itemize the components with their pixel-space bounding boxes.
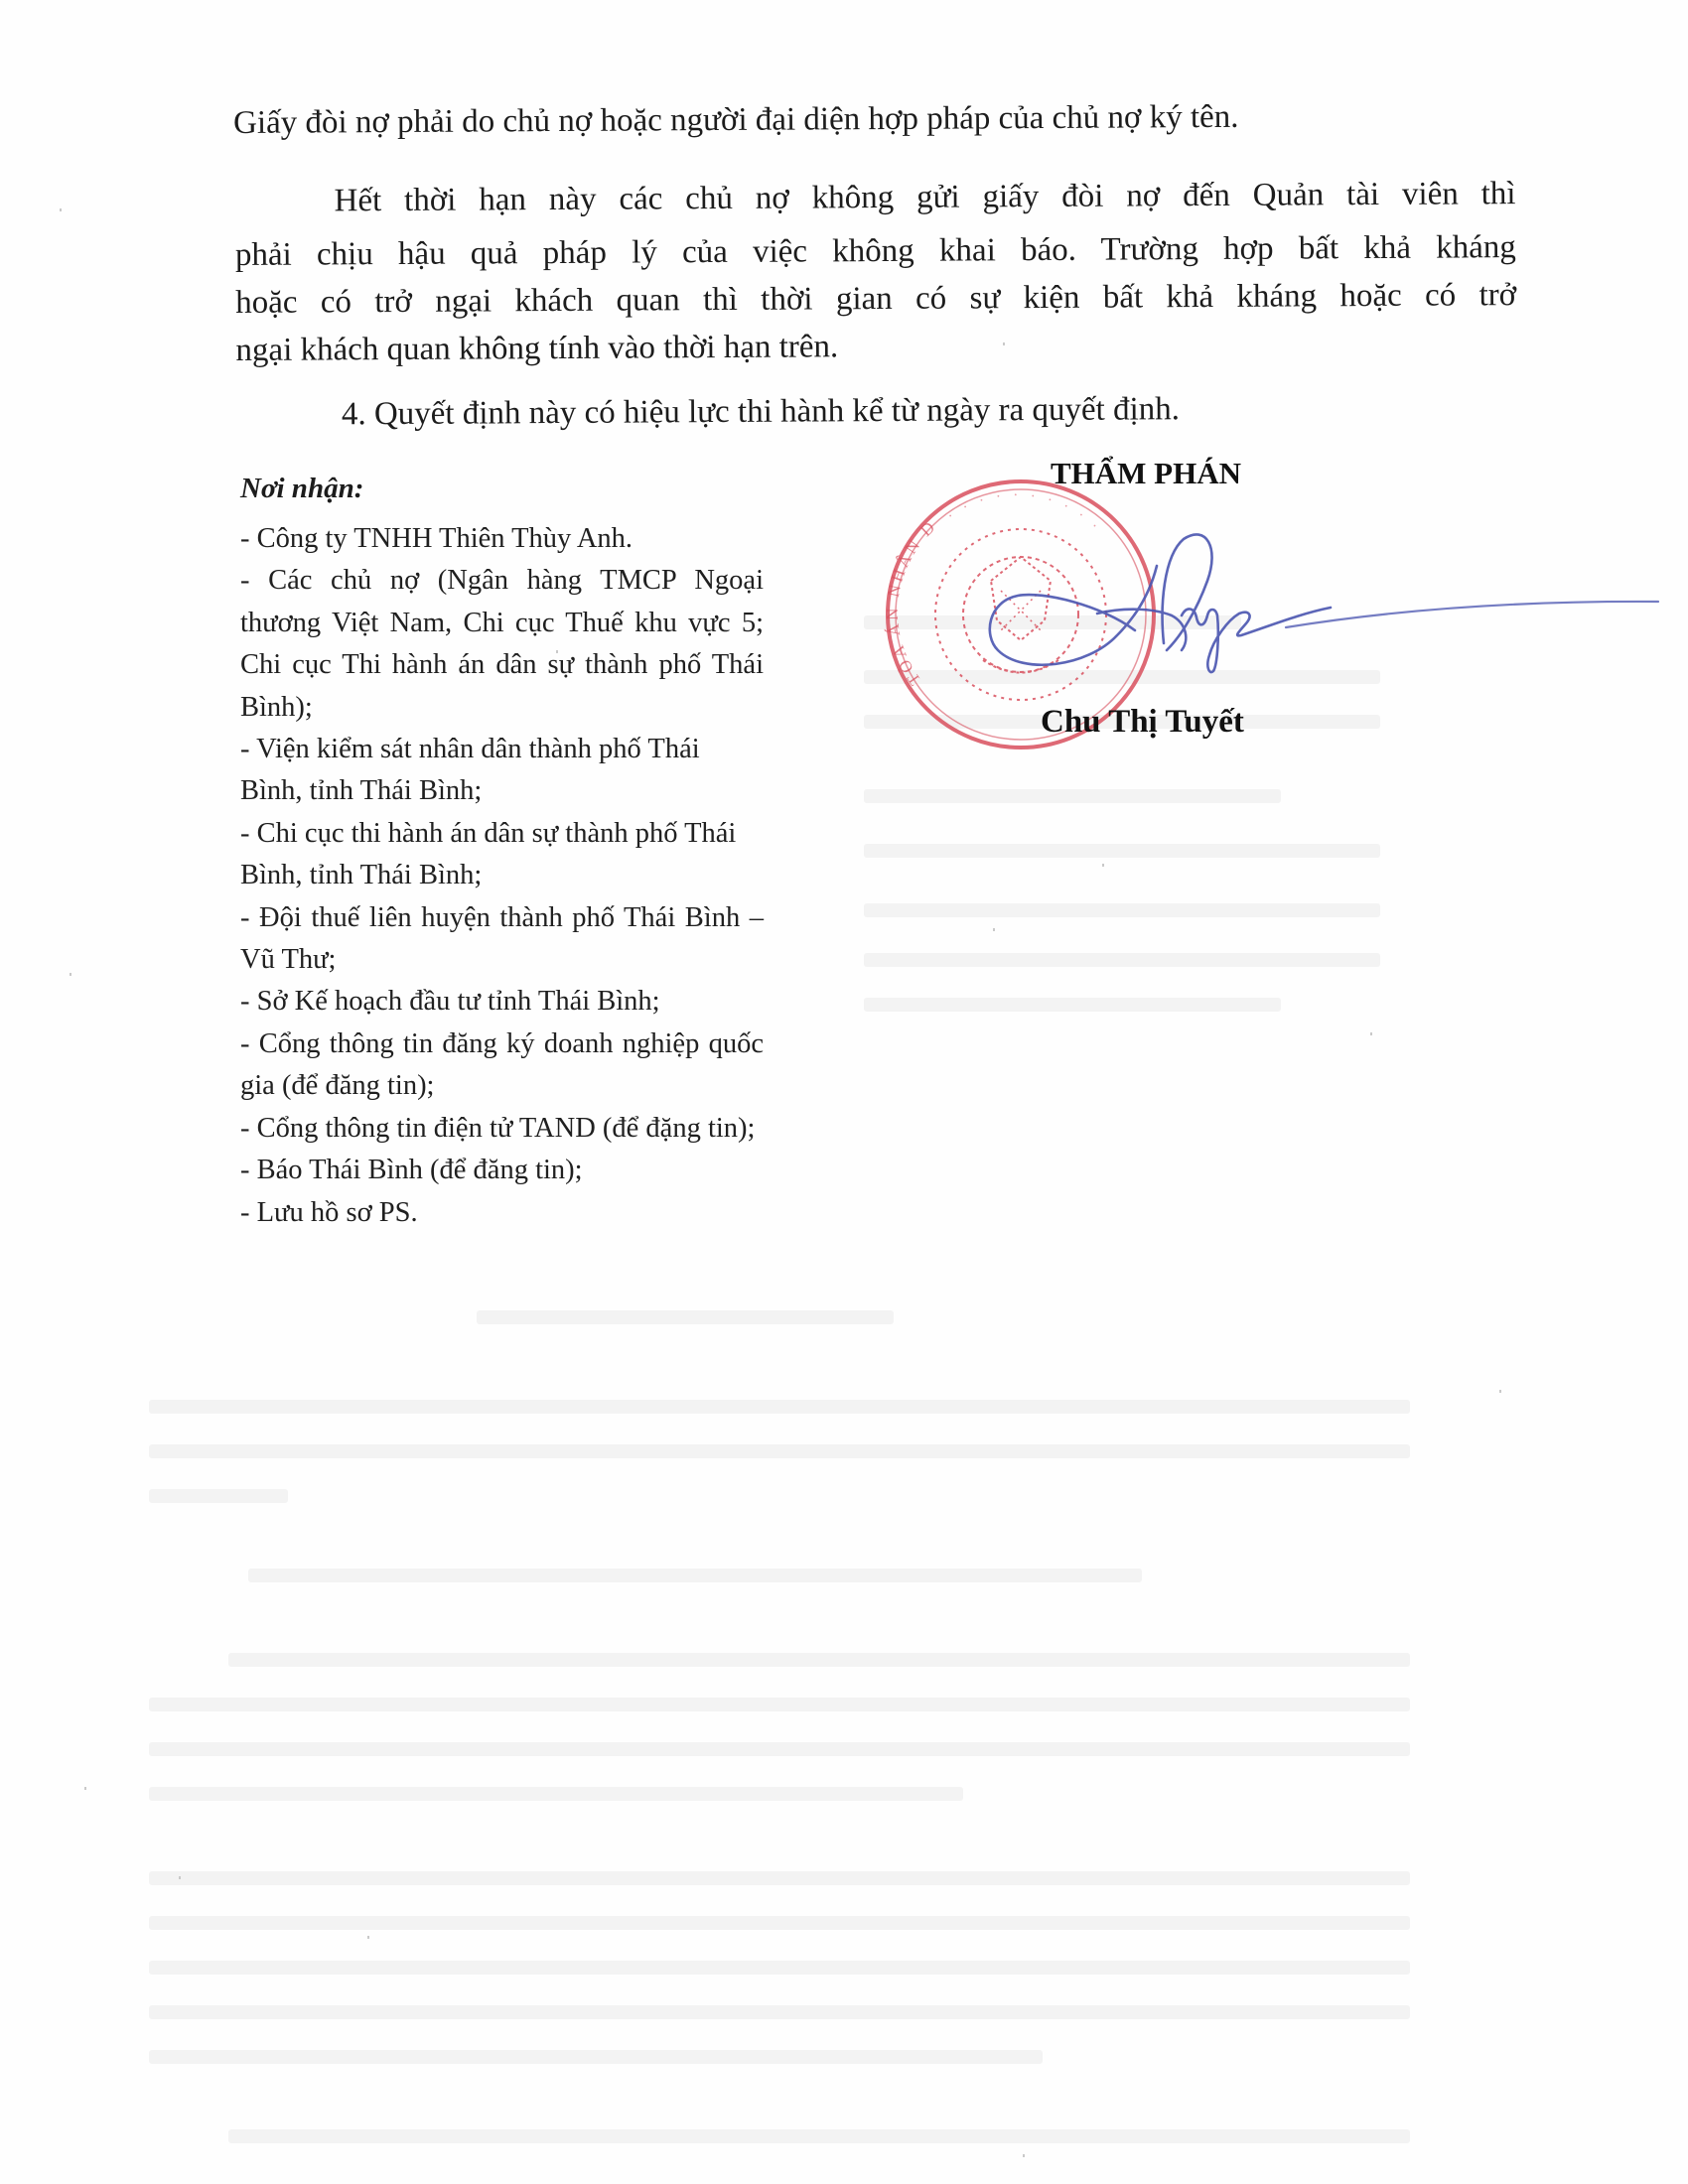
recipient-item: - Các chủ nợ (Ngân hàng TMCP Ngoại thươn… bbox=[240, 560, 764, 729]
recipient-item: - Công ty TNHH Thiên Thùy Anh. bbox=[240, 518, 764, 560]
recipient-item: - Cổng thông tin điện tử TAND (để đặng t… bbox=[240, 1108, 764, 1150]
seal-ring-text: TÒA ÁN NHÂN DÂN bbox=[874, 472, 940, 689]
deadline-paragraph-line-4: ngại khách quan không tính vào thời hạn … bbox=[235, 331, 838, 367]
deadline-paragraph-line-2: phải chịu hậu quả pháp lý của việc không… bbox=[235, 231, 1516, 272]
scanned-document-page: Giấy đòi nợ phải do chủ nợ hoặc người đạ… bbox=[0, 0, 1688, 2184]
paragraph-continuation: Giấy đòi nợ phải do chủ nợ hoặc người đạ… bbox=[233, 101, 1239, 140]
recipient-item: - Chi cục thi hành án dân sự thành phố T… bbox=[240, 813, 764, 897]
signer-name: Chu Thị Tuyết bbox=[1041, 706, 1244, 739]
recipients-title: Nơi nhận: bbox=[240, 475, 764, 508]
decision-item-4: 4. Quyết định này có hiệu lực thi hành k… bbox=[342, 393, 1180, 431]
signer-block: THẨM PHÁN Chu Thị Tuyết bbox=[1023, 452, 1311, 769]
recipient-item: - Đội thuế liên huyện thành phố Thái Bìn… bbox=[240, 897, 764, 982]
signer-role: THẨM PHÁN bbox=[1051, 458, 1241, 488]
recipient-item: - Sở Kế hoạch đầu tư tỉnh Thái Bình; bbox=[240, 981, 764, 1023]
recipient-item: - Viện kiểm sát nhân dân thành phố Thái … bbox=[240, 729, 764, 813]
deadline-paragraph-line-1: Hết thời hạn này các chủ nợ không gửi gi… bbox=[334, 178, 1515, 217]
recipient-item: - Báo Thái Bình (để đăng tin); bbox=[240, 1150, 764, 1191]
recipient-item: - Cổng thông tin đăng ký doanh nghiệp qu… bbox=[240, 1024, 764, 1108]
recipient-item: - Lưu hồ sơ PS. bbox=[240, 1192, 764, 1234]
deadline-paragraph-line-3: hoặc có trở ngại khách quan thì thời gia… bbox=[235, 279, 1516, 320]
recipients-block: Nơi nhận: - Công ty TNHH Thiên Thùy Anh.… bbox=[240, 475, 764, 1234]
svg-text:TÒA ÁN NHÂN DÂN: TÒA ÁN NHÂN DÂN bbox=[874, 472, 940, 689]
